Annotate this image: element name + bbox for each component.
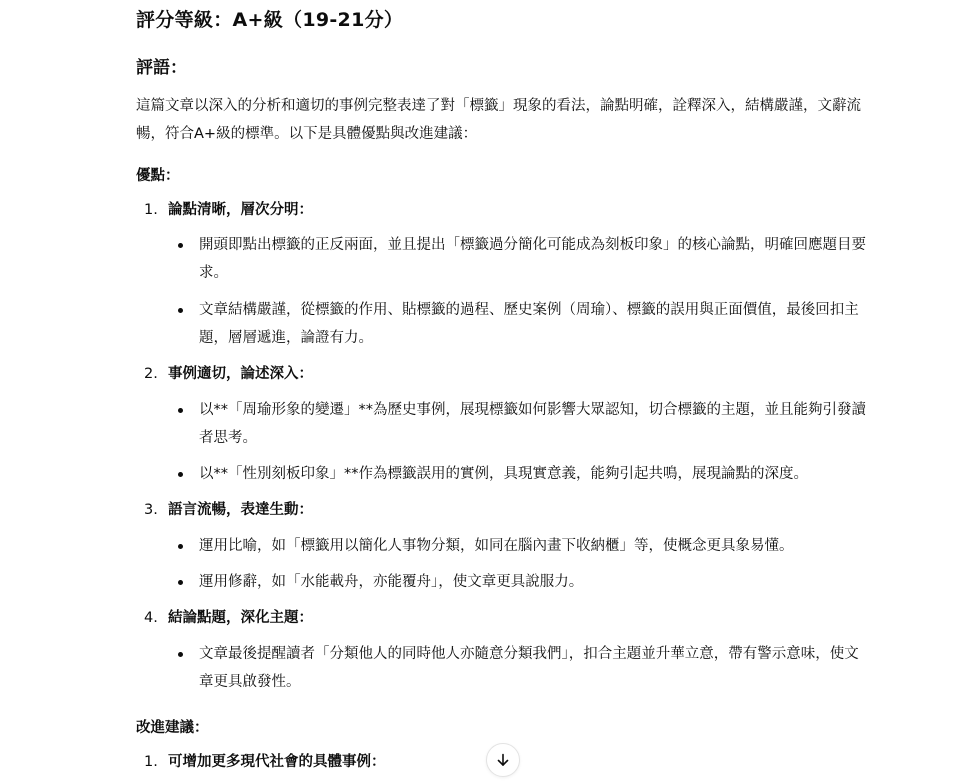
item-number: 1. <box>144 750 168 774</box>
bullet-text: 文章最後提醒讀者「分類他人的同時他人亦隨意分類我們」，扣合主題並升華立意，帶有警… <box>199 640 872 696</box>
strength-item-4: 4.結論點題，深化主題： <box>144 606 313 630</box>
bullet-dot-icon <box>178 544 183 549</box>
bullet-dot-icon <box>178 408 183 413</box>
bullet-item: 運用比喻，如「標籤用以簡化人事物分類，如同在腦內畫下收納櫃」等，使概念更具象易懂… <box>178 532 872 560</box>
bullet-dot-icon <box>178 308 183 313</box>
bullet-text: 以**「周瑜形象的變遷」**為歷史事例，展現標籤如何影響大眾認知，切合標籤的主題… <box>199 396 872 452</box>
bullet-dot-icon <box>178 652 183 657</box>
arrow-down-icon <box>495 752 511 768</box>
improvements-label: 改進建議： <box>136 716 209 740</box>
improvement-item-1: 1.可增加更多現代社會的具體事例： <box>144 750 386 774</box>
bullet-dot-icon <box>178 243 183 248</box>
strength-item-1: 1.論點清晰，層次分明： <box>144 198 313 222</box>
bullet-text: 運用比喻，如「標籤用以簡化人事物分類，如同在腦內畫下收納櫃」等，使概念更具象易懂… <box>199 532 872 560</box>
scroll-to-bottom-button[interactable] <box>486 743 520 777</box>
grade-heading: 評分等級：A+級（19-21分） <box>136 6 403 34</box>
bullet-item: 文章最後提醒讀者「分類他人的同時他人亦隨意分類我們」，扣合主題並升華立意，帶有警… <box>178 640 872 696</box>
item-number: 4. <box>144 606 168 630</box>
bullet-text: 運用修辭，如「水能載舟，亦能覆舟」，使文章更具說服力。 <box>199 568 872 596</box>
bullet-item: 以**「周瑜形象的變遷」**為歷史事例，展現標籤如何影響大眾認知，切合標籤的主題… <box>178 396 872 452</box>
item-title: 結論點題，深化主題： <box>168 610 313 626</box>
bullet-text: 以**「性別刻板印象」**作為標籤誤用的實例，具現實意義，能夠引起共鳴，展現論點… <box>199 460 872 488</box>
bullet-item: 文章結構嚴謹，從標籤的作用、貼標籤的過程、歷史案例（周瑜）、標籤的誤用與正面價值… <box>178 296 872 352</box>
intro-paragraph: 這篇文章以深入的分析和適切的事例完整表達了對「標籤」現象的看法，論點明確，詮釋深… <box>136 92 872 148</box>
item-number: 2. <box>144 362 168 386</box>
strength-item-3: 3.語言流暢，表達生動： <box>144 498 313 522</box>
bullet-text: 文章結構嚴謹，從標籤的作用、貼標籤的過程、歷史案例（周瑜）、標籤的誤用與正面價值… <box>199 296 872 352</box>
bullet-dot-icon <box>178 472 183 477</box>
strength-item-2: 2.事例適切，論述深入： <box>144 362 313 386</box>
item-title: 事例適切，論述深入： <box>168 366 313 382</box>
comment-heading: 評語： <box>136 55 187 81</box>
bullet-dot-icon <box>178 580 183 585</box>
item-number: 1. <box>144 198 168 222</box>
item-number: 3. <box>144 498 168 522</box>
bullet-item: 以**「性別刻板印象」**作為標籤誤用的實例，具現實意義，能夠引起共鳴，展現論點… <box>178 460 872 488</box>
item-title: 可增加更多現代社會的具體事例： <box>168 754 386 770</box>
bullet-text: 開頭即點出標籤的正反兩面，並且提出「標籤過分簡化可能成為刻板印象」的核心論點，明… <box>199 231 872 287</box>
item-title: 論點清晰，層次分明： <box>168 202 313 218</box>
bullet-item: 開頭即點出標籤的正反兩面，並且提出「標籤過分簡化可能成為刻板印象」的核心論點，明… <box>178 231 872 287</box>
bullet-item: 運用修辭，如「水能載舟，亦能覆舟」，使文章更具說服力。 <box>178 568 872 596</box>
item-title: 語言流暢，表達生動： <box>168 502 313 518</box>
strengths-label: 優點： <box>136 164 180 188</box>
